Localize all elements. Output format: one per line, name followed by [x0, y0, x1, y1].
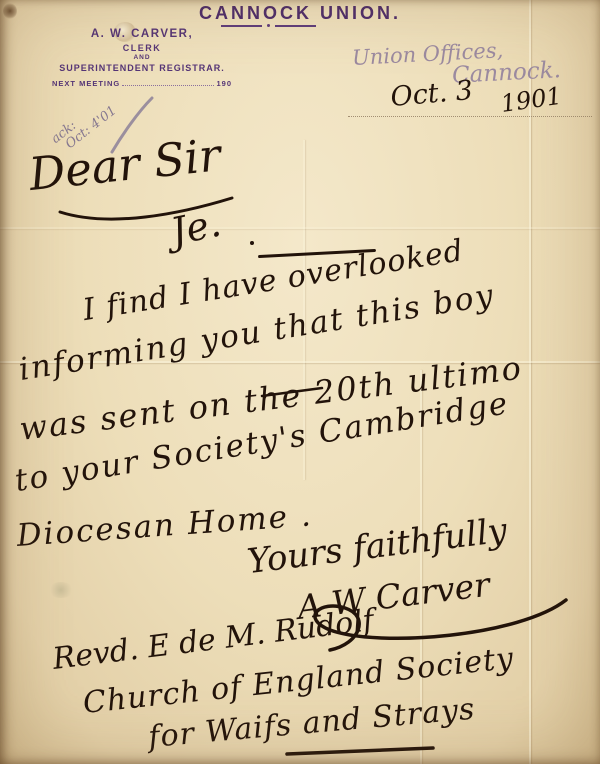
officer-role-registrar: SUPERINTENDENT REGISTRAR. [52, 63, 232, 73]
paper-smudge [48, 582, 74, 598]
reference-mark: Je. [167, 201, 225, 254]
officer-block: A. W. CARVER, CLERK AND SUPERINTENDENT R… [52, 28, 232, 88]
paper-crease-horizontal [0, 227, 600, 229]
reference-dot [250, 241, 254, 245]
officer-name: A. W. CARVER, [52, 28, 232, 40]
letterhead-title: CANNOCK UNION. [0, 3, 600, 24]
next-meeting-label: NEXT MEETING [52, 79, 120, 88]
next-meeting-line: NEXT MEETING 190 [52, 78, 232, 88]
recipient-underline [287, 748, 433, 754]
next-meeting-year-stub: 190 [216, 79, 232, 88]
next-meeting-blank-leader [122, 78, 214, 86]
officer-role-join: AND [52, 54, 232, 61]
officer-role-clerk: CLERK [52, 43, 232, 53]
rule-dot-ornament [267, 24, 270, 27]
letter-scan: CANNOCK UNION. A. W. CARVER, CLERK AND S… [0, 0, 600, 764]
masthead-rule [221, 24, 316, 27]
